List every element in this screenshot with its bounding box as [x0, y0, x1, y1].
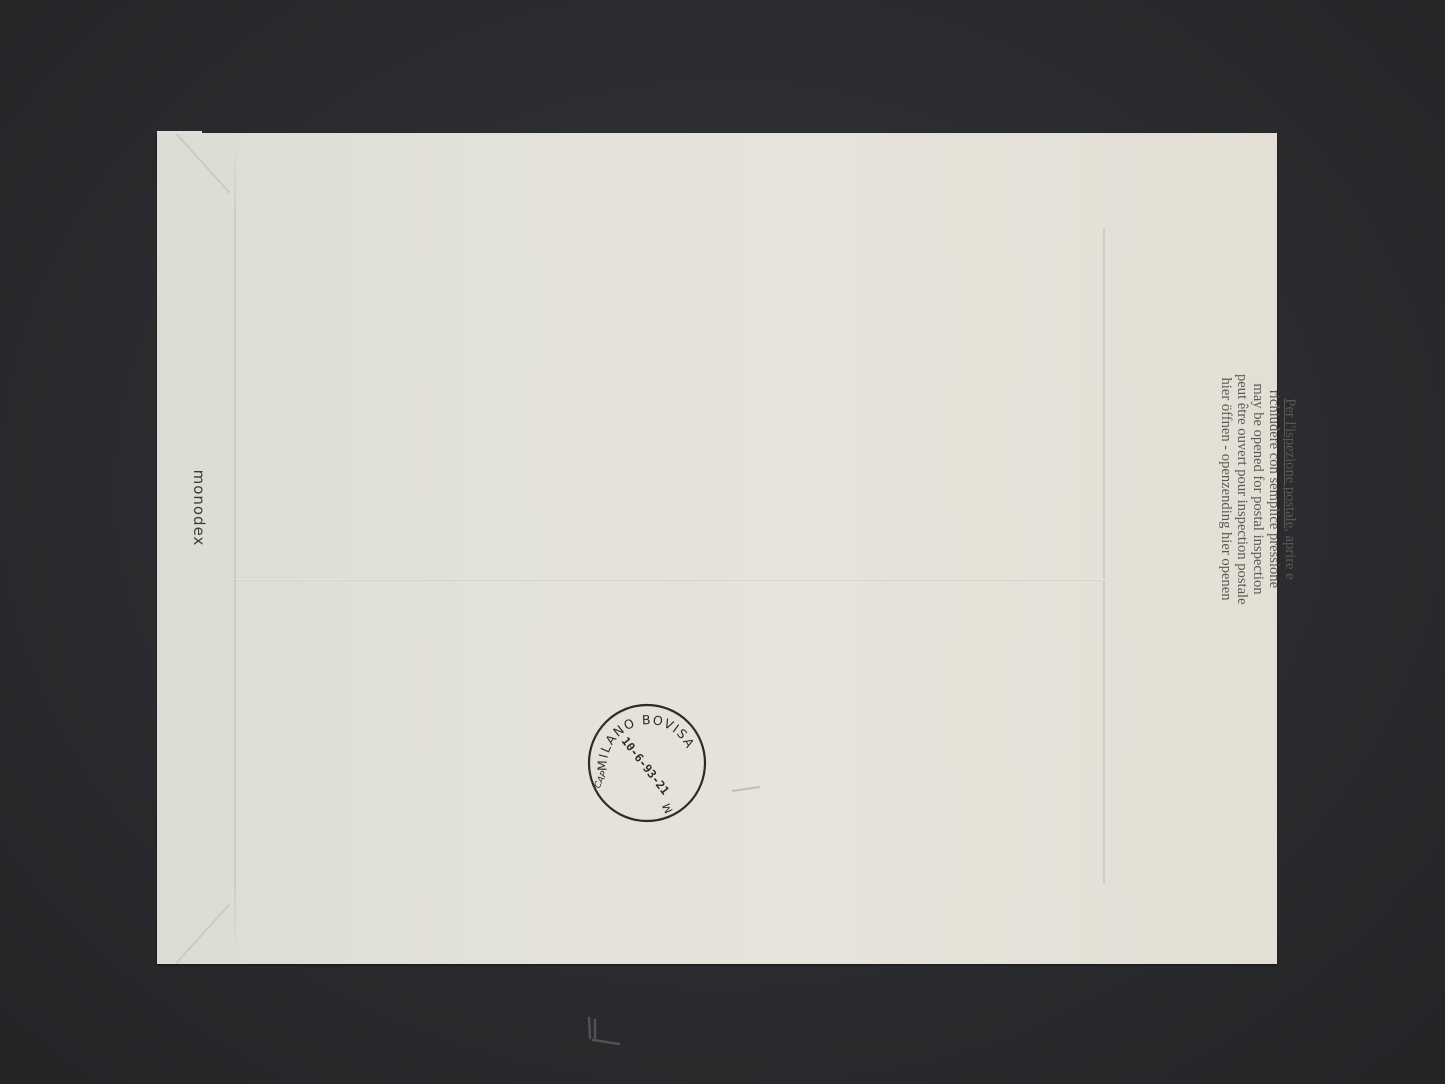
envelope-notch — [157, 131, 202, 134]
ink-smudge — [732, 786, 760, 792]
left-flap-fold-bottom — [176, 903, 231, 964]
postmark-cap: CAP — [593, 769, 610, 790]
monodex-logo: monodex — [179, 468, 219, 548]
postal-inspection-notice: Per l'ispezione postale, aprire e richiu… — [1182, 374, 1298, 604]
left-flap-fold — [234, 141, 236, 956]
notice-line-1: Per l'ispezione postale, aprire e — [1282, 374, 1298, 604]
center-seam — [236, 579, 1105, 581]
postmark-stamp: MILANO BOVISA 10-6-93-21 CAP M — [585, 701, 709, 825]
notice-underlined: Per l'ispezione postale — [1282, 398, 1298, 528]
l-shaped-mark — [583, 1012, 623, 1052]
postmark-date: 10-6-93-21 — [619, 734, 673, 797]
notice-line-4: peut être ouvert pour inspection postale — [1234, 374, 1250, 604]
postmark-letter: M — [660, 801, 676, 815]
left-flap-fold-top — [176, 133, 231, 194]
envelope-back: monodex Per l'ispezione postale, aprire … — [157, 133, 1277, 964]
notice-line-3: may be opened for postal inspection — [1250, 374, 1266, 604]
notice-line-5: hier öffnen - openzending hier openen — [1218, 374, 1234, 604]
notice-line-2: richiudere con semplice pressione — [1266, 374, 1282, 604]
right-flap-fold — [1103, 228, 1105, 884]
